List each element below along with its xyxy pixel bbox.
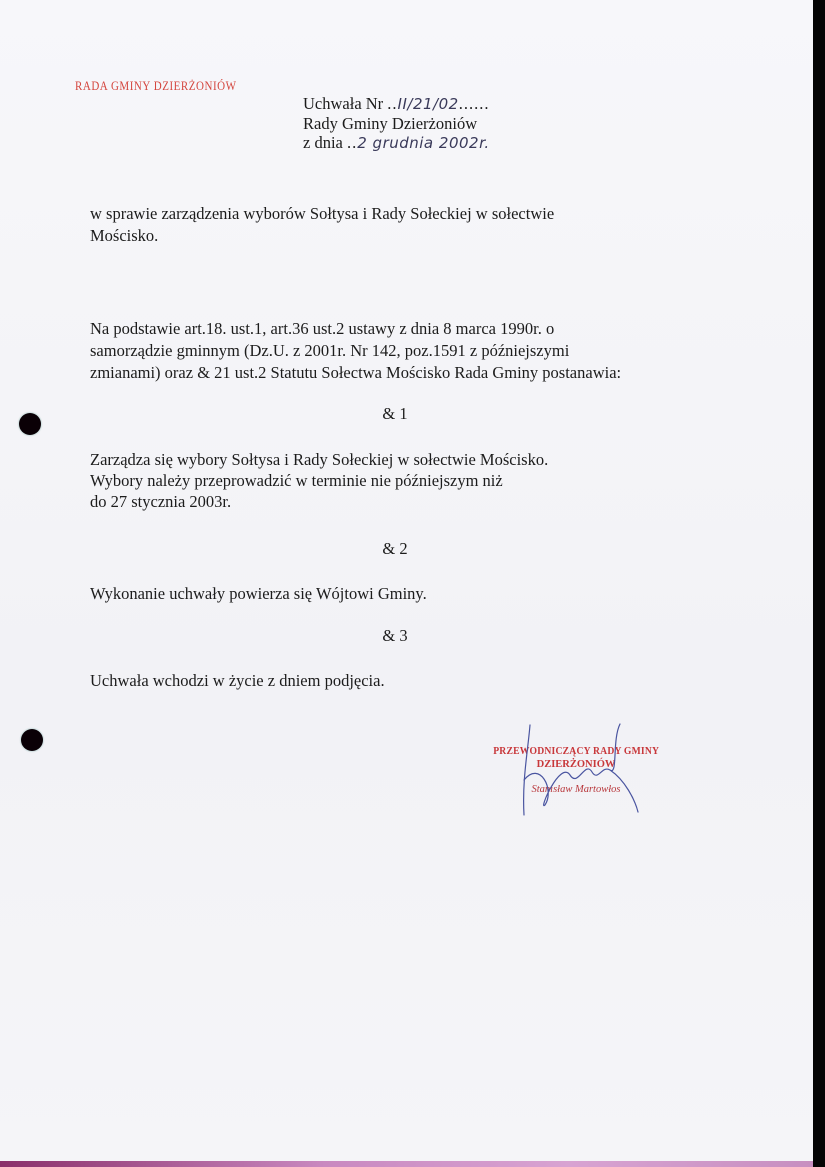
subject: w sprawie zarządzenia wyborów Sołtysa i … (90, 203, 690, 247)
section-1-text: Zarządza się wybory Sołtysa i Rady Sołec… (90, 449, 730, 512)
punch-hole (19, 413, 41, 435)
preamble-line: zmianami) oraz & 21 ust.2 Statutu Sołect… (90, 362, 790, 384)
section-mark-3: & 3 (0, 626, 790, 646)
punch-hole (21, 729, 43, 751)
scan-edge-bottom (0, 1161, 813, 1167)
section-mark-1: & 1 (0, 404, 790, 424)
preamble-line: samorządzie gminnym (Dz.U. z 2001r. Nr 1… (90, 340, 790, 362)
preamble: Na podstawie art.18. ust.1, art.36 ust.2… (90, 318, 790, 384)
scanned-page: RADA GMINY DZIERŻONIÓW Uchwała Nr ..II/2… (0, 0, 813, 1161)
letterhead: RADA GMINY DZIERŻONIÓW (75, 79, 237, 94)
section-line: Wykonanie uchwały powierza się Wójtowi G… (90, 583, 730, 604)
date-handwritten: 2 grudnia 2002r. (357, 134, 489, 152)
signature-icon (500, 720, 650, 820)
section-line: Wybory należy przeprowadzić w terminie n… (90, 470, 730, 491)
dots: ...... (459, 94, 490, 113)
section-line: do 27 stycznia 2003r. (90, 491, 730, 512)
section-line: Uchwała wchodzi w życie z dniem podjęcia… (90, 670, 730, 691)
section-mark-2: & 2 (0, 539, 790, 559)
date-label: z dnia (303, 133, 347, 152)
subject-line: w sprawie zarządzenia wyborów Sołtysa i … (90, 203, 690, 225)
council-name: Rady Gminy Dzierżoniów (303, 114, 490, 133)
preamble-line: Na podstawie art.18. ust.1, art.36 ust.2… (90, 318, 790, 340)
section-2-text: Wykonanie uchwały powierza się Wójtowi G… (90, 583, 730, 604)
resolution-header: Uchwała Nr ..II/21/02...... Rady Gminy D… (303, 94, 490, 153)
resolution-number-line: Uchwała Nr ..II/21/02...... (303, 94, 490, 114)
resolution-number-label: Uchwała Nr (303, 94, 387, 113)
subject-line: Mościsko. (90, 225, 690, 247)
section-3-text: Uchwała wchodzi w życie z dniem podjęcia… (90, 670, 730, 691)
scan-edge-right (813, 0, 825, 1167)
section-line: Zarządza się wybory Sołtysa i Rady Sołec… (90, 449, 730, 470)
dots: .. (387, 94, 397, 113)
resolution-date-line: z dnia ..2 grudnia 2002r. (303, 133, 490, 153)
dots: .. (347, 133, 357, 152)
resolution-number-handwritten: II/21/02 (398, 95, 459, 113)
